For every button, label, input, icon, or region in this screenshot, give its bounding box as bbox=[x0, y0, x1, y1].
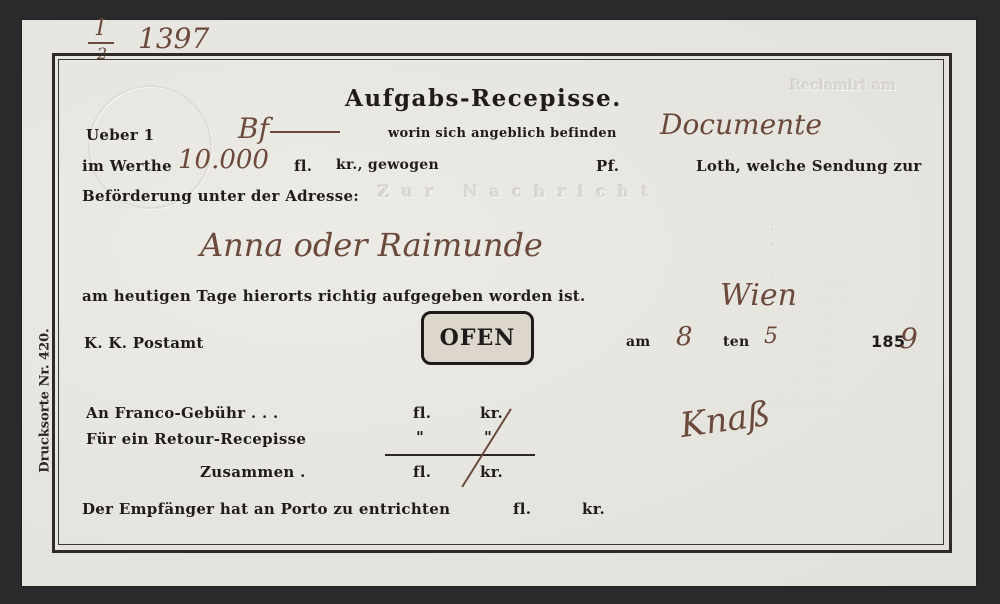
form-number-text: Drucksorte Nr. 420. bbox=[38, 328, 53, 472]
line3: Beförderung unter der Adresse: bbox=[82, 187, 359, 205]
fee-franco-kr: kr. bbox=[480, 404, 503, 422]
archive-fraction-top: I bbox=[96, 16, 105, 41]
porto-label: Der Empfänger hat an Porto zu entrichten bbox=[82, 500, 450, 518]
fee-total-label: Zusammen . bbox=[200, 463, 306, 481]
fee-total-fl: fl. bbox=[413, 463, 431, 481]
fee-retour-ditto-fl: " bbox=[416, 428, 424, 446]
line2-pf: Pf. bbox=[596, 157, 619, 175]
line4: am heutigen Tage hierorts richtig aufgeg… bbox=[82, 287, 586, 305]
postmark-text: OFEN bbox=[440, 325, 516, 351]
address-handwritten: Anna oder Raimunde bbox=[200, 226, 543, 264]
line2-fl: fl. bbox=[294, 157, 312, 175]
line2-kr: kr., gewogen bbox=[336, 157, 439, 173]
archive-number: 1397 bbox=[138, 22, 209, 55]
day-handwritten: 8 bbox=[676, 322, 693, 352]
contents-handwritten: Documente bbox=[660, 108, 822, 141]
fee-total-kr: kr. bbox=[480, 463, 503, 481]
fee-retour-label: Für ein Retour-Recepisse bbox=[86, 430, 306, 448]
fee-franco-fl: fl. bbox=[413, 404, 431, 422]
archive-fraction-line bbox=[88, 42, 114, 44]
embossed-back-text: 1. ··· ··· ··· ··· ··· ··· ···2. ··· ···… bbox=[770, 222, 940, 417]
line1-prefix: Ueber 1 bbox=[86, 126, 154, 144]
document-title: Aufgabs-Recepisse. bbox=[345, 85, 622, 112]
porto-fl: fl. bbox=[513, 500, 531, 518]
postamt-label: K. K. Postamt bbox=[84, 334, 204, 352]
form-number-label: Drucksorte Nr. 420. bbox=[37, 300, 53, 500]
fee-franco-label: An Franco-Gebühr . . . bbox=[86, 404, 279, 422]
porto-kr: kr. bbox=[582, 500, 605, 518]
item-type-flourish bbox=[270, 131, 340, 133]
line1-mid: worin sich angeblich befinden bbox=[388, 126, 617, 141]
year-digit-handwritten: 9 bbox=[900, 322, 918, 355]
date-am: am bbox=[626, 334, 651, 350]
line2-prefix: im Werthe bbox=[82, 157, 172, 175]
embossed-header: Reclamirt am bbox=[790, 78, 896, 94]
value-handwritten: 10.000 bbox=[178, 145, 269, 175]
date-ten: ten bbox=[723, 334, 749, 350]
place-handwritten: Wien bbox=[720, 278, 797, 313]
line2-suffix: Loth, welche Sendung zur bbox=[696, 157, 922, 175]
ofen-postmark: OFEN bbox=[421, 311, 534, 365]
month-handwritten: 5 bbox=[764, 324, 778, 349]
sum-rule bbox=[385, 454, 535, 456]
embossed-subheader: Zur Nachricht bbox=[378, 182, 661, 201]
item-type-handwritten: Bf bbox=[238, 112, 269, 145]
